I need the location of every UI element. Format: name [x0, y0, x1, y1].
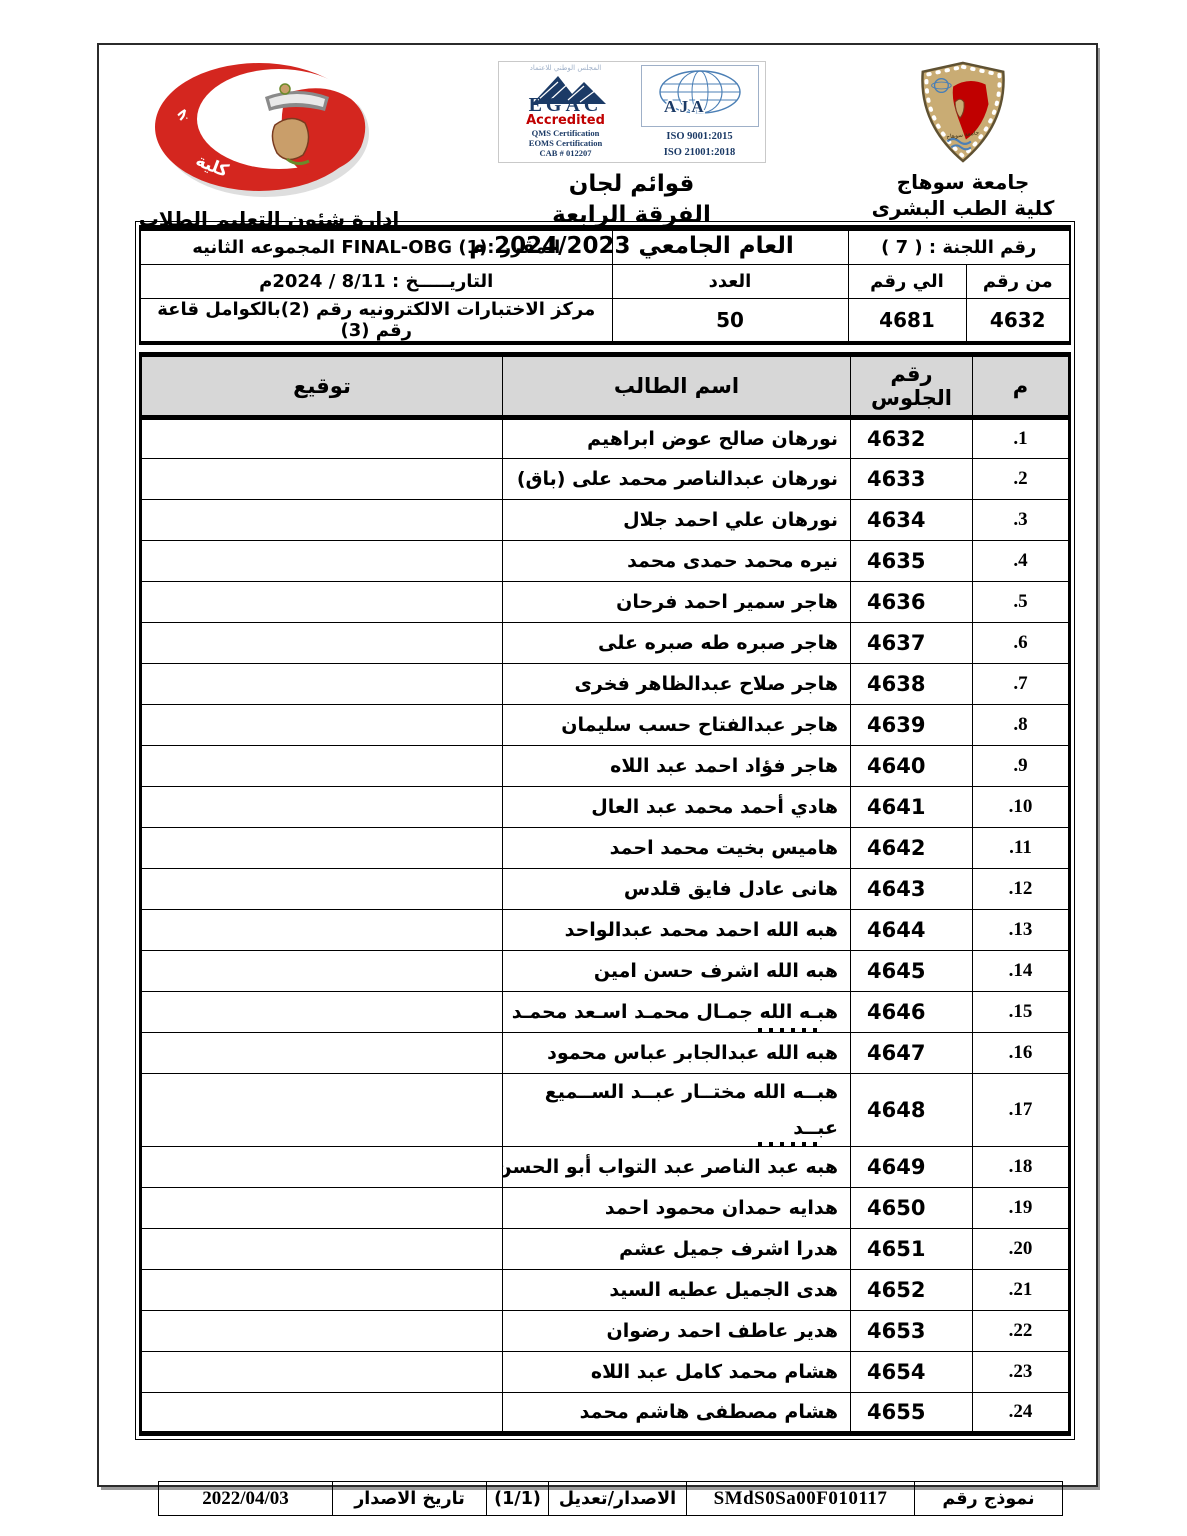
student-name: نورهان صالح عوض ابراهيم: [503, 418, 851, 459]
student-row: .7 4638 هاجر صلاح عبدالظاهر فخرى: [141, 664, 1070, 705]
tables-wrapper: رقم اللجنة : ( 7 ) المقرر :FINAL-OBG (1)…: [135, 221, 1075, 1440]
student-row: .6 4637 هاجر صبره طه صبره على: [141, 623, 1070, 664]
student-seat-number: 4639: [851, 705, 973, 746]
student-seat-number: 4642: [851, 828, 973, 869]
signature-cell: [141, 541, 503, 582]
student-seat-number: 4635: [851, 541, 973, 582]
student-index: .9: [973, 746, 1070, 787]
aja-globe-icon: A J A: [650, 68, 750, 120]
student-seat-number: 4647: [851, 1033, 973, 1074]
student-seat-number: 4637: [851, 623, 973, 664]
signature-cell: [141, 746, 503, 787]
clipped-second-line-remnant: [758, 1142, 822, 1146]
form-code: SMdS0Sa00F010117: [687, 1482, 915, 1516]
student-name: هشام محمد كامل عبد اللاه: [503, 1352, 851, 1393]
aja-iso-line1: ISO 9001:2015: [641, 130, 759, 143]
student-name: هاجر عبدالفتاح حسب سليمان: [503, 705, 851, 746]
student-seat-number: 4645: [851, 951, 973, 992]
faculty-crescent-logo-icon: جامعة سوهاج كلية الطب: [137, 186, 401, 205]
student-row: .3 4634 نورهان علي احمد جلال: [141, 500, 1070, 541]
student-row: .24 4655 هشام مصطفى هاشم محمد: [141, 1393, 1070, 1434]
header-student-name: اسم الطالب: [503, 355, 851, 418]
university-shield-logo-icon: جامعة سوهاج: [904, 150, 1022, 169]
student-name: هبه عبد الناصر عبد التواب أبو الحسن: [503, 1147, 851, 1188]
student-index: .23: [973, 1352, 1070, 1393]
student-name: هدايه حمدان محمود احمد: [503, 1188, 851, 1229]
header-signature: توقيع: [141, 355, 503, 418]
document-page: جامعة سوهاج جامعة سوهاج كلية الطب البشرى…: [97, 43, 1098, 1487]
exam-location: مركز الاختبارات الالكترونيه رقم (2)بالكو…: [140, 299, 612, 344]
student-index: .7: [973, 664, 1070, 705]
signature-cell: [141, 787, 503, 828]
title-lists-of-committees: قوائم لجان: [425, 169, 838, 200]
student-seat-number: 4644: [851, 910, 973, 951]
signature-cell: [141, 623, 503, 664]
egac-accredited-label: Accredited: [505, 114, 627, 128]
student-row: .2 4633 نورهان عبدالناصر محمد على (باق): [141, 459, 1070, 500]
signature-cell: [141, 582, 503, 623]
student-name: هدى الجميل عطيه السيد: [503, 1270, 851, 1311]
student-index: .10: [973, 787, 1070, 828]
student-seat-number: 4655: [851, 1393, 973, 1434]
student-seat-number: 4638: [851, 664, 973, 705]
count-value: 50: [612, 299, 848, 344]
student-row: .21 4652 هدى الجميل عطيه السيد: [141, 1270, 1070, 1311]
signature-cell: [141, 418, 503, 459]
student-row: .11 4642 هاميس بخيت محمد احمد: [141, 828, 1070, 869]
student-index: .18: [973, 1147, 1070, 1188]
header-index: م: [973, 355, 1070, 418]
students-affairs-block: جامعة سوهاج كلية الطب إدارة شئون التعليم…: [113, 55, 425, 231]
students-affairs-caption: إدارة شئون التعليم الطلاب: [113, 207, 425, 231]
student-name: هبه الله احمد محمد عبدالواحد: [503, 910, 851, 951]
info-row-3: 4632 4681 50 مركز الاختبارات الالكترونيه…: [140, 299, 1070, 344]
student-index: .4: [973, 541, 1070, 582]
signature-cell: [141, 500, 503, 541]
signature-cell: [141, 1229, 503, 1270]
student-name: هبـه الله جمـال محمـد اسـعد محمـد: [503, 992, 851, 1033]
student-index: .13: [973, 910, 1070, 951]
clipped-second-line-remnant: [758, 1028, 822, 1032]
signature-cell: [141, 1033, 503, 1074]
signature-cell: [141, 951, 503, 992]
student-seat-number: 4643: [851, 869, 973, 910]
student-index: .2: [973, 459, 1070, 500]
faculty-name: كلية الطب البشرى: [838, 195, 1088, 221]
student-name: هشام مصطفى هاشم محمد: [503, 1393, 851, 1434]
form-number-label: نموذج رقم: [915, 1482, 1063, 1516]
student-row: .20 4651 هدرا اشرف جميل عشم: [141, 1229, 1070, 1270]
student-seat-number: 4633: [851, 459, 973, 500]
signature-cell: [141, 1270, 503, 1311]
student-index: .11: [973, 828, 1070, 869]
student-name: هبــه الله مختــار عبــد الســميع عبــد: [503, 1074, 851, 1147]
egac-logo-icon: المجلس الوطني للاعتماد EGAC Accredited Q…: [505, 65, 627, 158]
signature-cell: [141, 1352, 503, 1393]
signature-cell: [141, 459, 503, 500]
student-name: نورهان علي احمد جلال: [503, 500, 851, 541]
student-seat-number: 4654: [851, 1352, 973, 1393]
student-row: .19 4650 هدايه حمدان محمود احمد: [141, 1188, 1070, 1229]
signature-cell: [141, 664, 503, 705]
signature-cell: [141, 1074, 503, 1147]
student-seat-number: 4653: [851, 1311, 973, 1352]
student-index: .8: [973, 705, 1070, 746]
to-number-label: الي رقم: [848, 265, 966, 299]
document-header: جامعة سوهاج جامعة سوهاج كلية الطب البشرى…: [99, 45, 1096, 221]
egac-arc-text: المجلس الوطني للاعتماد: [505, 65, 627, 72]
signature-cell: [141, 1147, 503, 1188]
header-center-block: المجلس الوطني للاعتماد EGAC Accredited Q…: [425, 55, 838, 262]
student-index: .3: [973, 500, 1070, 541]
form-footer-table: نموذج رقم SMdS0Sa00F010117 الاصدار/تعديل…: [158, 1481, 1063, 1516]
student-name: هاجر صلاح عبدالظاهر فخرى: [503, 664, 851, 705]
student-seat-number: 4632: [851, 418, 973, 459]
student-seat-number: 4636: [851, 582, 973, 623]
student-name: هانى عادل فايق قلدس: [503, 869, 851, 910]
count-label: العدد: [612, 265, 848, 299]
student-index: .15: [973, 992, 1070, 1033]
issue-date-label: تاريخ الاصدار: [333, 1482, 487, 1516]
student-row: .13 4644 هبه الله احمد محمد عبدالواحد: [141, 910, 1070, 951]
accreditation-logos: المجلس الوطني للاعتماد EGAC Accredited Q…: [498, 61, 766, 163]
signature-cell: [141, 1188, 503, 1229]
university-block: جامعة سوهاج جامعة سوهاج كلية الطب البشرى: [838, 55, 1088, 221]
student-index: .14: [973, 951, 1070, 992]
info-row-2: من رقم الي رقم العدد التاريـــــخ : 8/11…: [140, 265, 1070, 299]
to-number-value: 4681: [848, 299, 966, 344]
student-seat-number: 4646: [851, 992, 973, 1033]
student-row: .10 4641 هادي أحمد محمد عبد العال: [141, 787, 1070, 828]
student-index: .19: [973, 1188, 1070, 1229]
from-number-value: 4632: [966, 299, 1070, 344]
egac-cert-line2: EOMS Certification: [505, 138, 627, 148]
students-table-header-row: م رقم الجلوس اسم الطالب توقيع: [141, 355, 1070, 418]
student-seat-number: 4641: [851, 787, 973, 828]
student-name: نيره محمد حمدى محمد: [503, 541, 851, 582]
university-name: جامعة سوهاج: [838, 169, 1088, 195]
signature-cell: [141, 869, 503, 910]
student-row: .5 4636 هاجر سمير احمد فرحان: [141, 582, 1070, 623]
student-index: .6: [973, 623, 1070, 664]
student-name: هاجر فؤاد احمد عبد اللاه: [503, 746, 851, 787]
student-index: .17: [973, 1074, 1070, 1147]
student-index: .1: [973, 418, 1070, 459]
egac-cert-line3: CAB # 012207: [505, 148, 627, 158]
student-name: هاجر سمير احمد فرحان: [503, 582, 851, 623]
student-index: .24: [973, 1393, 1070, 1434]
student-row: .1 4632 نورهان صالح عوض ابراهيم: [141, 418, 1070, 459]
student-row: .16 4647 هبه الله عبدالجابر عباس محمود: [141, 1033, 1070, 1074]
student-seat-number: 4652: [851, 1270, 973, 1311]
student-row: .23 4654 هشام محمد كامل عبد اللاه: [141, 1352, 1070, 1393]
egac-cert-line1: QMS Certification: [505, 128, 627, 138]
student-index: .12: [973, 869, 1070, 910]
student-row: .4 4635 نيره محمد حمدى محمد: [141, 541, 1070, 582]
student-row: .15 4646 هبـه الله جمـال محمـد اسـعد محم…: [141, 992, 1070, 1033]
from-number-label: من رقم: [966, 265, 1070, 299]
issue-date-value: 2022/04/03: [159, 1482, 333, 1516]
signature-cell: [141, 992, 503, 1033]
student-row: .14 4645 هبه الله اشرف حسن امين: [141, 951, 1070, 992]
student-index: .20: [973, 1229, 1070, 1270]
signature-cell: [141, 1393, 503, 1434]
signature-cell: [141, 1311, 503, 1352]
student-row: .9 4640 هاجر فؤاد احمد عبد اللاه: [141, 746, 1070, 787]
signature-cell: [141, 705, 503, 746]
student-name: نورهان عبدالناصر محمد على (باق): [503, 459, 851, 500]
student-seat-number: 4651: [851, 1229, 973, 1270]
issue-edit-label: الاصدار/تعديل: [549, 1482, 687, 1516]
student-row: .12 4643 هانى عادل فايق قلدس: [141, 869, 1070, 910]
student-name: هبه الله عبدالجابر عباس محمود: [503, 1033, 851, 1074]
signature-cell: [141, 828, 503, 869]
student-seat-number: 4640: [851, 746, 973, 787]
student-row: .22 4653 هدير عاطف احمد رضوان: [141, 1311, 1070, 1352]
student-seat-number: 4648: [851, 1074, 973, 1147]
footer-row: نموذج رقم SMdS0Sa00F010117 الاصدار/تعديل…: [159, 1482, 1063, 1516]
students-table: م رقم الجلوس اسم الطالب توقيع .1 4632 نو…: [139, 352, 1071, 1436]
student-index: .16: [973, 1033, 1070, 1074]
student-index: .21: [973, 1270, 1070, 1311]
student-name: هادي أحمد محمد عبد العال: [503, 787, 851, 828]
student-index: .22: [973, 1311, 1070, 1352]
student-name: هدير عاطف احمد رضوان: [503, 1311, 851, 1352]
student-name: هدرا اشرف جميل عشم: [503, 1229, 851, 1270]
aja-iso-line2: ISO 21001:2018: [641, 146, 759, 159]
student-row: .17 4648 هبــه الله مختــار عبــد الســم…: [141, 1074, 1070, 1147]
issue-edit-value: (1/1): [487, 1482, 549, 1516]
student-seat-number: 4650: [851, 1188, 973, 1229]
student-row: .8 4639 هاجر عبدالفتاح حسب سليمان: [141, 705, 1070, 746]
students-tbody: .1 4632 نورهان صالح عوض ابراهيم .2 4633 …: [141, 418, 1070, 1434]
signature-cell: [141, 910, 503, 951]
document-screenshot: { "page": { "header": { "right": { "logo…: [0, 0, 1187, 1536]
header-seat-number: رقم الجلوس: [851, 355, 973, 418]
student-index: .5: [973, 582, 1070, 623]
aja-logo-icon: A J A ISO 9001:2015 ISO 21001:2018: [641, 65, 759, 159]
student-name: هبه الله اشرف حسن امين: [503, 951, 851, 992]
title-fourth-year: الفرقة الرابعة: [425, 200, 838, 231]
student-row: .18 4649 هبه عبد الناصر عبد التواب أبو ا…: [141, 1147, 1070, 1188]
svg-text:A J A: A J A: [664, 97, 704, 116]
student-name: هاجر صبره طه صبره على: [503, 623, 851, 664]
committee-number: رقم اللجنة : ( 7 ): [848, 228, 1070, 265]
student-seat-number: 4649: [851, 1147, 973, 1188]
student-seat-number: 4634: [851, 500, 973, 541]
student-name: هاميس بخيت محمد احمد: [503, 828, 851, 869]
exam-date: التاريـــــخ : 8/11 / 2024م: [140, 265, 612, 299]
